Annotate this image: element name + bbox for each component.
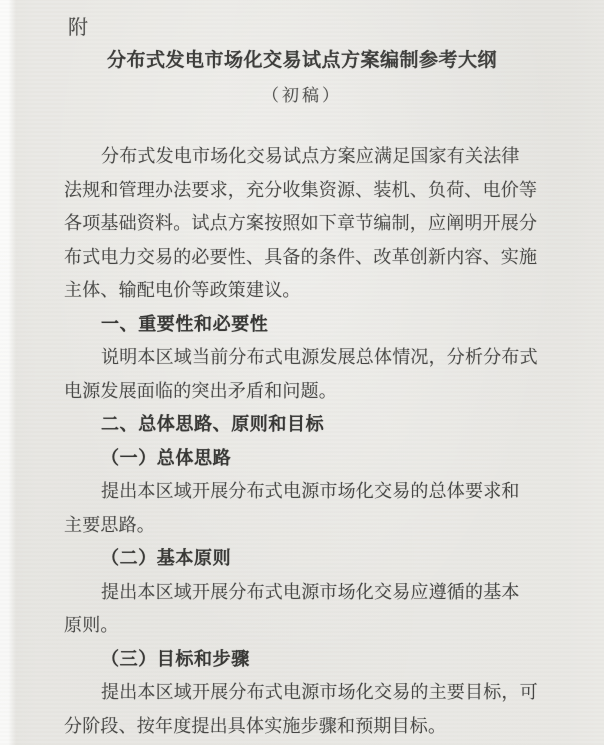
subsection-heading-2-1: （一）总体思路 <box>64 442 542 476</box>
paragraph-line: 主体、输配电价等政策建议。 <box>64 274 542 308</box>
paragraph-line: 提出本区域开展分布式电源市场化交易应遵循的基本 <box>64 576 542 610</box>
paragraph-line: 布式电力交易的必要性、具备的条件、改革创新内容、实施 <box>64 241 542 275</box>
paragraph-line: 原则。 <box>64 609 542 643</box>
paragraph-line: 分阶段、按年度提出具体实施步骤和预期目标。 <box>64 710 542 744</box>
subsection-heading-2-2: （二）基本原则 <box>64 542 542 576</box>
section-heading-2: 二、总体思路、原则和目标 <box>64 408 542 442</box>
paragraph-line: 主要思路。 <box>64 509 542 543</box>
paragraph-line: 法规和管理办法要求，充分收集资源、装机、负荷、电价等 <box>64 174 542 208</box>
paragraph-line: 提出本区域开展分布式电源市场化交易的总体要求和 <box>64 475 542 509</box>
document-page: 附 分布式发电市场化交易试点方案编制参考大纲 （初稿） 分布式发电市场化交易试点… <box>0 0 604 745</box>
paragraph-line: 分布式发电市场化交易试点方案应满足国家有关法律 <box>64 140 542 174</box>
paragraph-line: 提出本区域开展分布式电源市场化交易的主要目标，可 <box>64 676 542 710</box>
doc-body: 分布式发电市场化交易试点方案应满足国家有关法律 法规和管理办法要求，充分收集资源… <box>64 140 542 743</box>
doc-subtitle: （初稿） <box>0 81 604 106</box>
paragraph-line: 说明本区域当前分布式电源发展总体情况，分析分布式 <box>64 341 542 375</box>
section-heading-1: 一、重要性和必要性 <box>64 308 542 342</box>
subsection-heading-2-3: （三）目标和步骤 <box>64 643 542 677</box>
paragraph-line: 电源发展面临的突出矛盾和问题。 <box>64 375 542 409</box>
paragraph-line: 各项基础资料。试点方案按照如下章节编制，应阐明开展分 <box>64 207 542 241</box>
doc-title: 分布式发电市场化交易试点方案编制参考大纲 <box>0 45 604 72</box>
attachment-label: 附 <box>68 11 88 40</box>
